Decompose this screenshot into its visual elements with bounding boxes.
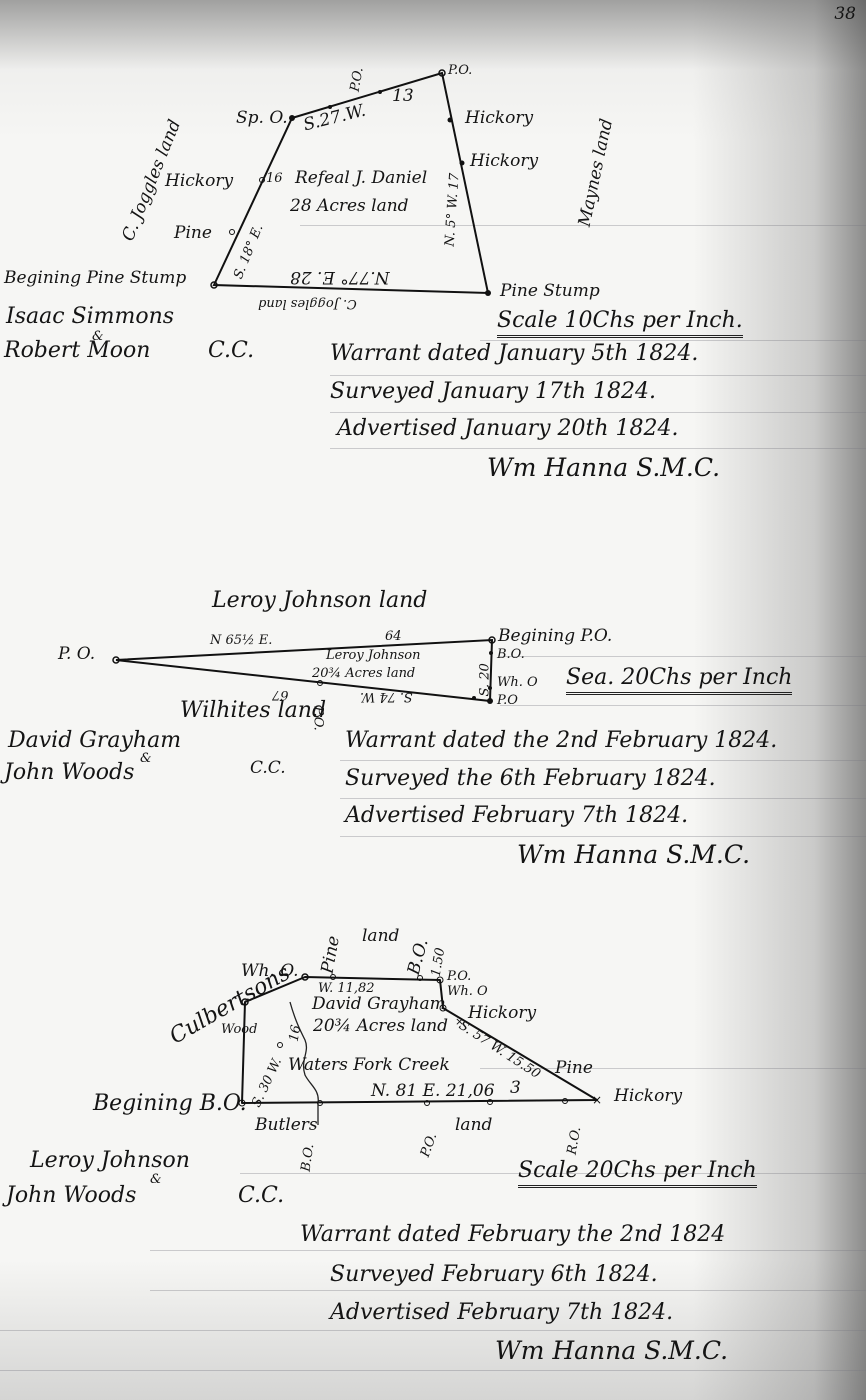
document-page: 38 C. Joggles land Maynes land C. Joggle… xyxy=(0,0,866,1400)
tract-label: David Grayham xyxy=(312,996,446,1013)
adjoiner-top: land xyxy=(362,928,399,945)
plat-scale: Scale 20Chs per Inch xyxy=(518,1160,757,1188)
creek-label: Waters Fork Creek xyxy=(288,1057,450,1074)
bottom-mark-1: B.O. xyxy=(300,1143,317,1172)
adjoiner-bottom-left: Butlers xyxy=(255,1117,318,1134)
surveyor-signature: Wm Hanna S.M.C. xyxy=(495,1338,728,1363)
warrant-date: Warrant dated February the 2nd 1824 xyxy=(300,1224,725,1246)
corner-left-mid: Wood xyxy=(221,1023,257,1036)
corner-north-east-1: P.O. xyxy=(447,970,471,983)
line-south: N. 81 E. 21,06 xyxy=(371,1083,495,1100)
line-west-mark: 16 xyxy=(288,1024,304,1043)
adjoiner-bottom-right: land xyxy=(455,1117,492,1134)
corner-north-west: Wh. O. xyxy=(241,963,299,980)
chain-carrier-suffix: C.C. xyxy=(238,1185,284,1207)
corner-pine: Pine xyxy=(555,1060,593,1077)
advertised-date: Advertised February 7th 1824. xyxy=(330,1302,673,1324)
svg-text:×: × xyxy=(592,1093,602,1107)
corner-north-east-2: Wh. O xyxy=(447,985,488,998)
chain-carrier-2: John Woods xyxy=(6,1185,136,1207)
chain-carrier-and: & xyxy=(150,1173,162,1186)
tract-acreage: 20¾ Acres land xyxy=(313,1018,448,1035)
corner-east: Hickory xyxy=(614,1088,682,1105)
line-south-number: 3 xyxy=(510,1080,521,1097)
corner-east-upper: Hickory xyxy=(468,1005,536,1022)
survey-date: Surveyed February 6th 1824. xyxy=(330,1264,658,1286)
corner-beginning: Begining B.O. xyxy=(93,1093,247,1115)
chain-carrier-1: Leroy Johnson xyxy=(30,1150,190,1172)
